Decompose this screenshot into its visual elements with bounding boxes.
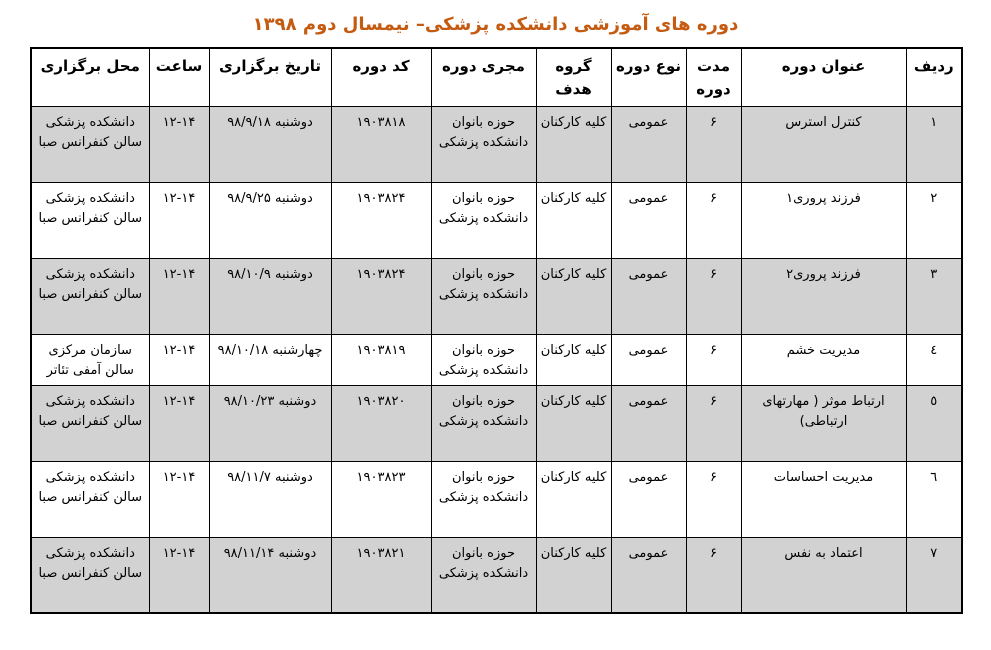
cell-duration: ۶	[686, 334, 741, 385]
col-header-course-code: کد دوره	[331, 48, 431, 106]
cell-radif: ٥	[906, 385, 962, 461]
cell-duration: ۶	[686, 461, 741, 537]
cell-executor: حوزه بانوان دانشکده پزشکی	[431, 106, 536, 182]
cell-course-code: ۱۹۰۳۸۱۹	[331, 334, 431, 385]
cell-time: ۱۲-۱۴	[149, 385, 209, 461]
col-header-course-title: عنوان دوره	[741, 48, 906, 106]
table-row: ۳ فرزند پروری۲ ۶ عمومی کلیه کارکنان حوزه…	[31, 258, 962, 334]
col-header-duration: مدت دوره	[686, 48, 741, 106]
cell-course-title: ارتباط موثر ( مهارتهای ارتباطی)	[741, 385, 906, 461]
cell-executor: حوزه بانوان دانشکده پزشکی	[431, 258, 536, 334]
cell-target-group: کلیه کارکنان	[536, 106, 611, 182]
cell-date: دوشنبه ۹۸/۹/۲۵	[209, 182, 331, 258]
table-row: ٥ ارتباط موثر ( مهارتهای ارتباطی) ۶ عموم…	[31, 385, 962, 461]
cell-course-code: ۱۹۰۳۸۲۰	[331, 385, 431, 461]
cell-course-type: عمومی	[611, 182, 686, 258]
cell-course-title: مدیریت احساسات	[741, 461, 906, 537]
table-row: ٦ مدیریت احساسات ۶ عمومی کلیه کارکنان حو…	[31, 461, 962, 537]
cell-executor: حوزه بانوان دانشکده پزشکی	[431, 385, 536, 461]
cell-venue: دانشکده پزشکی سالن کنفرانس صبا	[31, 461, 149, 537]
col-header-course-type: نوع دوره	[611, 48, 686, 106]
table-header: ردیف عنوان دوره مدت دوره نوع دوره گروه ه…	[31, 48, 962, 106]
cell-time: ۱۲-۱۴	[149, 334, 209, 385]
cell-executor: حوزه بانوان دانشکده پزشکی	[431, 182, 536, 258]
header-row: ردیف عنوان دوره مدت دوره نوع دوره گروه ه…	[31, 48, 962, 106]
table-row: ۲ فرزند پروری۱ ۶ عمومی کلیه کارکنان حوزه…	[31, 182, 962, 258]
cell-radif: ٧	[906, 537, 962, 613]
cell-venue: دانشکده پزشکی سالن کنفرانس صبا	[31, 106, 149, 182]
cell-date: دوشنبه ۹۸/۱۰/۹	[209, 258, 331, 334]
cell-date: دوشنبه ۹۸/۹/۱۸	[209, 106, 331, 182]
cell-date: چهارشنبه ۹۸/۱۰/۱۸	[209, 334, 331, 385]
cell-course-type: عمومی	[611, 385, 686, 461]
cell-duration: ۶	[686, 106, 741, 182]
cell-course-title: مدیریت خشم	[741, 334, 906, 385]
col-header-radif: ردیف	[906, 48, 962, 106]
cell-target-group: کلیه کارکنان	[536, 258, 611, 334]
cell-duration: ۶	[686, 385, 741, 461]
cell-course-title: فرزند پروری۲	[741, 258, 906, 334]
cell-target-group: کلیه کارکنان	[536, 461, 611, 537]
cell-target-group: کلیه کارکنان	[536, 385, 611, 461]
col-header-venue: محل برگزاری	[31, 48, 149, 106]
cell-course-type: عمومی	[611, 106, 686, 182]
cell-time: ۱۲-۱۴	[149, 106, 209, 182]
cell-radif: ۳	[906, 258, 962, 334]
cell-course-code: ۱۹۰۳۸۲۴	[331, 182, 431, 258]
cell-target-group: کلیه کارکنان	[536, 334, 611, 385]
cell-date: دوشنبه ۹۸/۱۰/۲۳	[209, 385, 331, 461]
cell-radif: ۲	[906, 182, 962, 258]
cell-venue: دانشکده پزشکی سالن کنفرانس صبا	[31, 182, 149, 258]
col-header-executor: مجری دوره	[431, 48, 536, 106]
cell-course-title: کنترل استرس	[741, 106, 906, 182]
cell-time: ۱۲-۱۴	[149, 537, 209, 613]
courses-table: ردیف عنوان دوره مدت دوره نوع دوره گروه ه…	[30, 47, 963, 614]
cell-duration: ۶	[686, 258, 741, 334]
cell-course-type: عمومی	[611, 461, 686, 537]
table-row: ٧ اعتماد به نفس ۶ عمومی کلیه کارکنان حوز…	[31, 537, 962, 613]
cell-date: دوشنبه ۹۸/۱۱/۱۴	[209, 537, 331, 613]
col-header-target-group: گروه هدف	[536, 48, 611, 106]
cell-radif: ٤	[906, 334, 962, 385]
cell-venue: دانشکده پزشکی سالن کنفرانس صبا	[31, 385, 149, 461]
cell-course-title: اعتماد به نفس	[741, 537, 906, 613]
cell-executor: حوزه بانوان دانشکده پزشکی	[431, 334, 536, 385]
page-title: دوره های آموزشی دانشکده پزشکی– نیمسال دو…	[30, 14, 961, 35]
cell-venue: سازمان مرکزی سالن آمفی تئاتر	[31, 334, 149, 385]
cell-course-type: عمومی	[611, 258, 686, 334]
cell-radif: ۱	[906, 106, 962, 182]
cell-duration: ۶	[686, 182, 741, 258]
cell-duration: ۶	[686, 537, 741, 613]
cell-venue: دانشکده پزشکی سالن کنفرانس صبا	[31, 258, 149, 334]
table-row: ۱ کنترل استرس ۶ عمومی کلیه کارکنان حوزه …	[31, 106, 962, 182]
cell-date: دوشنبه ۹۸/۱۱/۷	[209, 461, 331, 537]
table-body: ۱ کنترل استرس ۶ عمومی کلیه کارکنان حوزه …	[31, 106, 962, 613]
cell-course-code: ۱۹۰۳۸۱۸	[331, 106, 431, 182]
cell-target-group: کلیه کارکنان	[536, 537, 611, 613]
cell-course-title: فرزند پروری۱	[741, 182, 906, 258]
document-page: دوره های آموزشی دانشکده پزشکی– نیمسال دو…	[0, 0, 991, 650]
col-header-date: تاریخ برگزاری	[209, 48, 331, 106]
cell-time: ۱۲-۱۴	[149, 258, 209, 334]
cell-venue: دانشکده پزشکی سالن کنفرانس صبا	[31, 537, 149, 613]
col-header-time: ساعت	[149, 48, 209, 106]
cell-time: ۱۲-۱۴	[149, 461, 209, 537]
cell-executor: حوزه بانوان دانشکده پزشکی	[431, 461, 536, 537]
cell-time: ۱۲-۱۴	[149, 182, 209, 258]
cell-target-group: کلیه کارکنان	[536, 182, 611, 258]
cell-course-code: ۱۹۰۳۸۲۱	[331, 537, 431, 613]
cell-course-code: ۱۹۰۳۸۲۴	[331, 258, 431, 334]
cell-course-code: ۱۹۰۳۸۲۳	[331, 461, 431, 537]
cell-course-type: عمومی	[611, 334, 686, 385]
cell-executor: حوزه بانوان دانشکده پزشکی	[431, 537, 536, 613]
cell-course-type: عمومی	[611, 537, 686, 613]
cell-radif: ٦	[906, 461, 962, 537]
table-row: ٤ مدیریت خشم ۶ عمومی کلیه کارکنان حوزه ب…	[31, 334, 962, 385]
